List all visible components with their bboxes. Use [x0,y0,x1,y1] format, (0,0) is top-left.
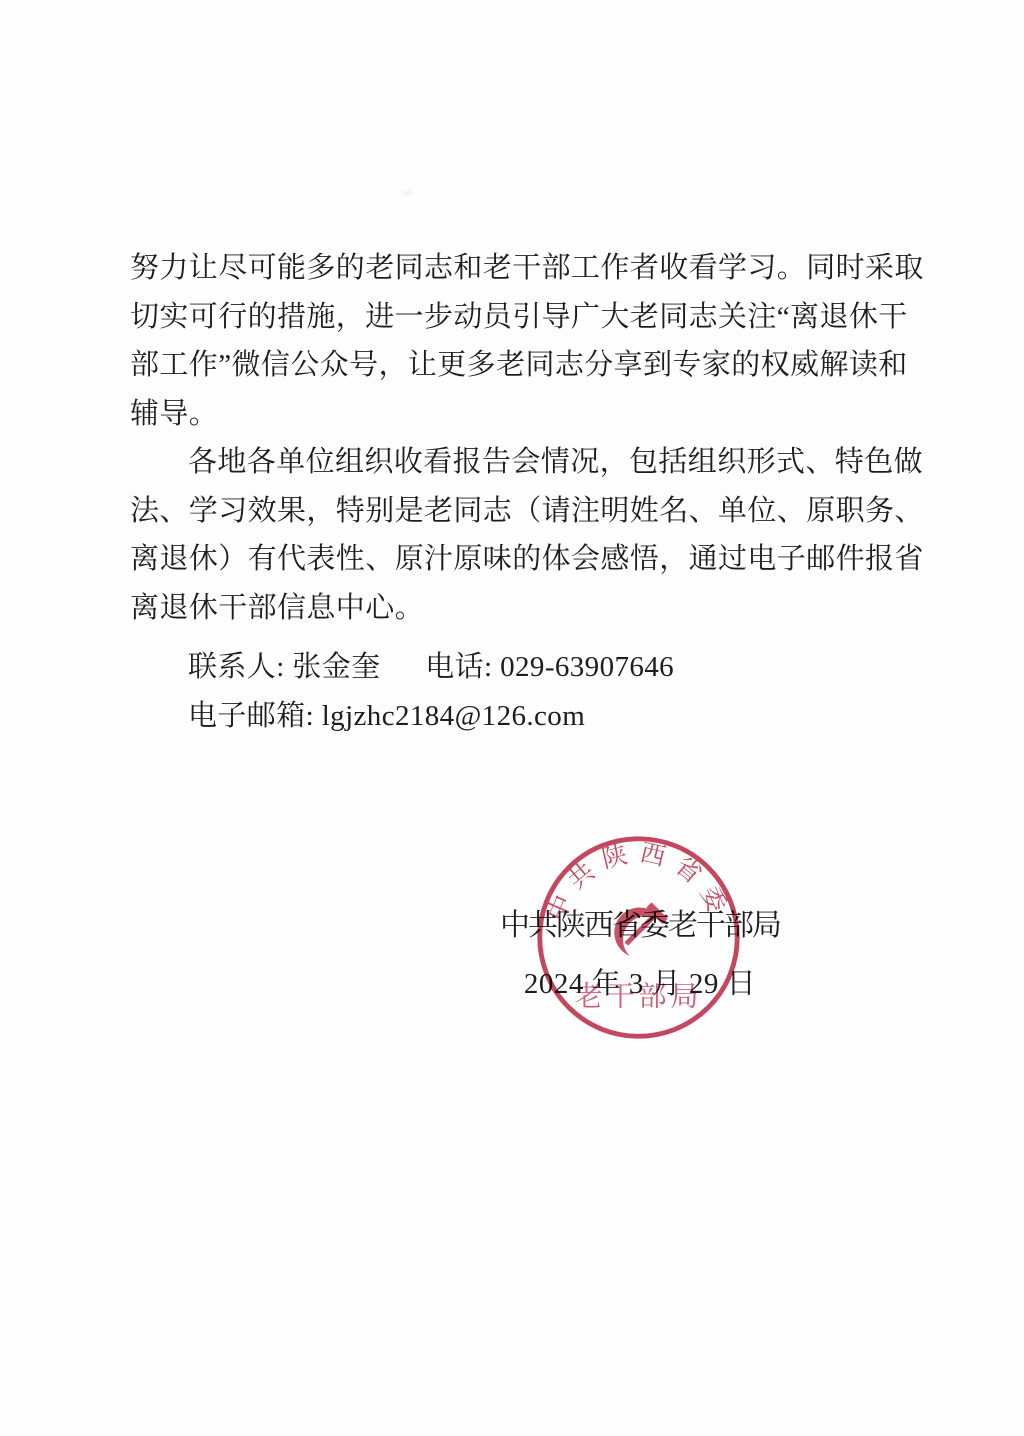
official-seal: 中共陕西省委 老干部局 [532,831,745,1044]
paragraph-1: 努力让尽可能多的老同志和老干部工作者收看学习。同时采取 切实可行的措施，进一步动… [130,244,930,438]
body-text: 努力让尽可能多的老同志和老干部工作者收看学习。同时采取 切实可行的措施，进一步动… [130,244,930,740]
contact-line-email: 电子邮箱: lgjzhc2184@126.com [130,692,930,741]
document-page: 努力让尽可能多的老同志和老干部工作者收看学习。同时采取 切实可行的措施，进一步动… [0,0,1024,1436]
paragraph-2: 各地各单位组织收看报告会情况，包括组织形式、特色做 法、学习效果，特别是老同志（… [130,438,930,632]
contact-line-person-phone: 联系人: 张金奎 电话: 029-63907646 [130,643,930,692]
scan-smudge [398,188,416,198]
seal-bottom-text: 老干部局 [575,980,703,1012]
hammer-sickle-icon [614,902,668,956]
